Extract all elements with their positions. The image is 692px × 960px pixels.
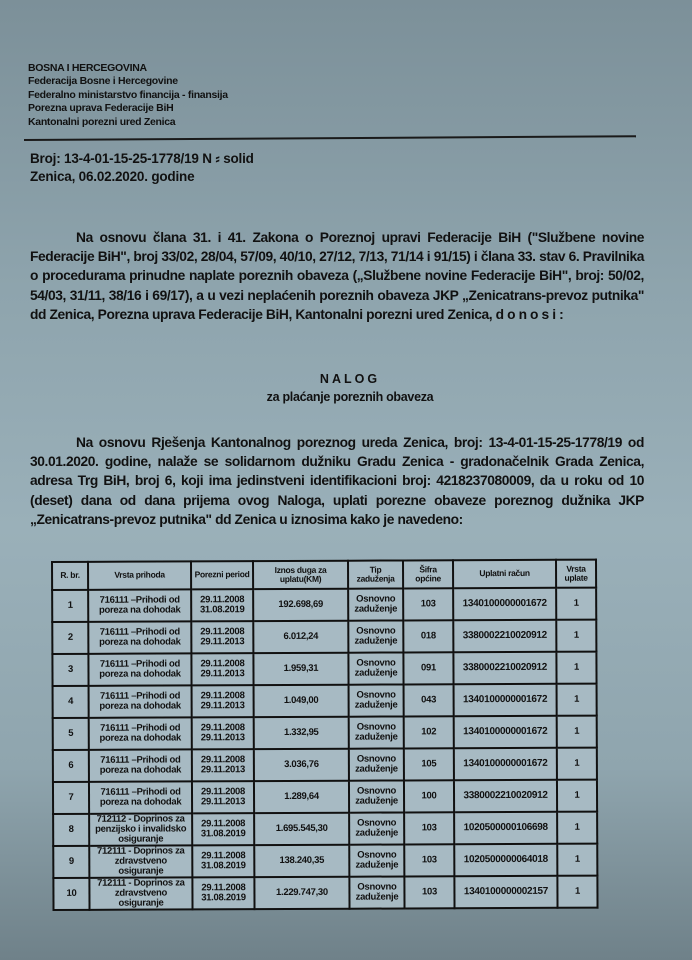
cell-municipality-code: 105 (404, 748, 454, 780)
intro-paragraph: Na osnovu člana 31. i 41. Zakona o Porez… (30, 228, 644, 324)
cell-row-number: 7 (53, 782, 89, 814)
cell-payment-type: 1 (557, 876, 597, 908)
period-to: 31.08.2019 (194, 605, 250, 615)
cell-municipality-code: 043 (404, 684, 454, 716)
cell-revenue-type: 716111 –Prihodi od poreza na dohodak (89, 749, 192, 781)
table-body: 1716111 –Prihodi od poreza na dohodak29.… (52, 588, 597, 910)
cell-municipality-code: 102 (404, 716, 454, 748)
cell-payment-account: 1340100000001672 (453, 588, 556, 620)
cell-tax-period: 29.11.200831.08.2019 (191, 589, 253, 621)
table-row: 7716111 –Prihodi od poreza na dohodak29.… (53, 780, 597, 814)
order-paragraph-text: Na osnovu Rješenja Kantonalnog poreznog … (30, 435, 644, 527)
cell-municipality-code: 103 (403, 588, 453, 620)
col-header-revenue-type: Vrsta prihoda (88, 561, 191, 589)
col-header-payment-type: Vrsta uplate (556, 560, 596, 588)
cell-payment-account: 3380002210020912 (453, 652, 556, 684)
table-row: 5716111 –Prihodi od poreza na dohodak29.… (53, 716, 597, 750)
cell-revenue-type: 712111 - Doprinos za zdravstveno osigura… (89, 845, 192, 877)
cell-revenue-type: 716111 –Prihodi od poreza na dohodak (88, 589, 191, 621)
cell-amount: 138.240,35 (254, 845, 349, 877)
cell-municipality-code: 100 (404, 780, 454, 812)
cell-payment-type: 1 (557, 812, 597, 844)
cell-payment-account: 3380002210020912 (453, 620, 556, 652)
cell-tax-period: 29.11.200829.11.2013 (192, 717, 254, 749)
cell-amount: 1.332,95 (254, 717, 349, 749)
cell-municipality-code: 091 (403, 652, 453, 684)
cell-amount: 1.049,00 (254, 685, 349, 717)
cell-charge-type: Osnovno zaduženje (349, 780, 404, 812)
title-main: NALOG (300, 372, 400, 386)
cell-row-number: 3 (52, 654, 88, 686)
cell-tax-period: 29.11.200831.08.2019 (192, 845, 254, 877)
cell-row-number: 4 (53, 686, 89, 718)
order-paragraph: Na osnovu Rješenja Kantonalnog poreznog … (30, 433, 644, 529)
col-header-amount: Iznos duga za uplatu(KM) (253, 561, 348, 589)
col-header-tax-period: Porezni period (191, 561, 253, 589)
debts-table: R. br. Vrsta prihoda Porezni period Izno… (51, 559, 599, 911)
cell-charge-type: Osnovno zaduženje (349, 876, 404, 908)
cell-revenue-type: 716111 –Prihodi od poreza na dohodak (88, 653, 191, 685)
cell-row-number: 6 (53, 750, 89, 782)
cell-amount: 1.229.747,30 (254, 877, 349, 909)
cell-row-number: 5 (53, 718, 89, 750)
table-row: 8712112 - Doprinos za penzijsko i invali… (53, 812, 597, 846)
cell-row-number: 9 (53, 846, 89, 878)
cell-tax-period: 29.11.200831.08.2019 (192, 877, 254, 909)
reference-block: Broj: 13-4-01-15-25-1778/19 N ⸗ solid Ze… (30, 150, 254, 186)
cell-revenue-type: 716111 –Prihodi od poreza na dohodak (88, 621, 191, 653)
period-to: 29.11.2013 (195, 701, 251, 711)
cell-tax-period: 29.11.200829.11.2013 (192, 685, 254, 717)
table-row: 6716111 –Prihodi od poreza na dohodak29.… (53, 748, 597, 782)
cell-revenue-type: 716111 –Prihodi od poreza na dohodak (89, 781, 192, 813)
cell-payment-account: 1020500000106698 (454, 812, 557, 844)
col-header-payment-account: Uplatni račun (453, 560, 556, 588)
period-to: 31.08.2019 (195, 893, 251, 903)
intro-paragraph-text: Na osnovu člana 31. i 41. Zakona o Porez… (30, 230, 644, 322)
table-row: 4716111 –Prihodi od poreza na dohodak29.… (53, 684, 597, 718)
issuer-header: BOSNA I HERCEGOVINA Federacija Bosne i H… (28, 62, 228, 129)
cell-charge-type: Osnovno zaduženje (349, 684, 404, 716)
cell-row-number: 10 (53, 878, 89, 910)
issuer-line: Kantonalni porezni ured Zenica (28, 116, 228, 129)
cell-tax-period: 29.11.200829.11.2013 (191, 653, 253, 685)
cell-payment-type: 1 (557, 684, 597, 716)
cell-payment-account: 3380002210020912 (454, 780, 557, 812)
cell-charge-type: Osnovno zaduženje (349, 716, 404, 748)
cell-revenue-type: 716111 –Prihodi od poreza na dohodak (89, 685, 192, 717)
cell-amount: 6.012,24 (253, 621, 348, 653)
cell-revenue-type: 712111 - Doprinos za zdravstveno osigura… (89, 877, 192, 909)
issuer-line: Federacija Bosne i Hercegovine (28, 75, 228, 88)
cell-payment-account: 1020500000064018 (454, 844, 557, 876)
cell-tax-period: 29.11.200829.11.2013 (191, 621, 253, 653)
cell-amount: 3.036,76 (254, 749, 349, 781)
cell-payment-account: 1340100000002157 (454, 876, 557, 908)
col-header-no: R. br. (52, 562, 88, 590)
table-header-row: R. br. Vrsta prihoda Porezni period Izno… (52, 560, 596, 590)
title-subtitle: za plaćanje poreznih obaveza (210, 390, 490, 404)
cell-payment-type: 1 (557, 844, 597, 876)
cell-payment-type: 1 (556, 652, 596, 684)
issuer-line: BOSNA I HERCEGOVINA (28, 62, 228, 75)
cell-payment-type: 1 (556, 588, 596, 620)
cell-charge-type: Osnovno zaduženje (349, 748, 404, 780)
cell-amount: 1.289,64 (254, 781, 349, 813)
col-header-municipality-code: Šifra općine (403, 560, 453, 588)
cell-charge-type: Osnovno zaduženje (349, 844, 404, 876)
period-to: 31.08.2019 (195, 861, 251, 871)
cell-amount: 1.695.545,30 (254, 813, 349, 845)
cell-charge-type: Osnovno zaduženje (349, 812, 404, 844)
cell-row-number: 8 (53, 814, 89, 846)
cell-amount: 1.959,31 (253, 653, 348, 685)
period-to: 29.11.2013 (195, 797, 251, 807)
cell-revenue-type: 712112 - Doprinos za penzijsko i invalid… (89, 813, 192, 845)
cell-tax-period: 29.11.200829.11.2013 (192, 781, 254, 813)
cell-charge-type: Osnovno zaduženje (348, 652, 403, 684)
cell-payment-account: 1340100000001672 (454, 716, 557, 748)
cell-municipality-code: 103 (404, 844, 454, 876)
table-row: 1716111 –Prihodi od poreza na dohodak29.… (52, 588, 596, 622)
period-to: 29.11.2013 (194, 637, 250, 647)
cell-municipality-code: 103 (404, 812, 454, 844)
cell-payment-account: 1340100000001672 (454, 748, 557, 780)
place-date: Zenica, 06.02.2020. godine (30, 168, 254, 186)
cell-tax-period: 29.11.200831.08.2019 (192, 813, 254, 845)
reference-number: Broj: 13-4-01-15-25-1778/19 N ⸗ solid (30, 150, 254, 168)
cell-charge-type: Osnovno zaduženje (348, 620, 403, 652)
cell-payment-type: 1 (556, 620, 596, 652)
cell-municipality-code: 103 (404, 876, 454, 908)
table-row: 10712111 - Doprinos za zdravstveno osigu… (53, 876, 597, 910)
cell-revenue-type: 716111 –Prihodi od poreza na dohodak (89, 717, 192, 749)
cell-charge-type: Osnovno zaduženje (348, 588, 403, 620)
table-row: 3716111 –Prihodi od poreza na dohodak29.… (52, 652, 596, 686)
period-to: 29.11.2013 (194, 669, 250, 679)
period-to: 31.08.2019 (195, 829, 251, 839)
period-to: 29.11.2013 (195, 733, 251, 743)
col-header-charge-type: Tip zaduženja (348, 560, 403, 588)
issuer-line: Porezna uprava Federacije BiH (28, 102, 228, 115)
cell-tax-period: 29.11.200829.11.2013 (192, 749, 254, 781)
cell-payment-type: 1 (557, 780, 597, 812)
cell-amount: 192.698,69 (253, 589, 348, 621)
scanned-document: BOSNA I HERCEGOVINA Federacija Bosne i H… (0, 0, 692, 960)
cell-payment-account: 1340100000001672 (454, 684, 557, 716)
cell-payment-type: 1 (557, 748, 597, 780)
cell-row-number: 2 (52, 622, 88, 654)
header-divider (24, 135, 636, 141)
cell-payment-type: 1 (557, 716, 597, 748)
table-row: 2716111 –Prihodi od poreza na dohodak29.… (52, 620, 596, 654)
table-row: 9712111 - Doprinos za zdravstveno osigur… (53, 844, 597, 878)
cell-municipality-code: 018 (403, 620, 453, 652)
issuer-line: Federalno ministarstvo financija - finan… (28, 89, 228, 102)
cell-row-number: 1 (52, 590, 88, 622)
period-to: 29.11.2013 (195, 765, 251, 775)
